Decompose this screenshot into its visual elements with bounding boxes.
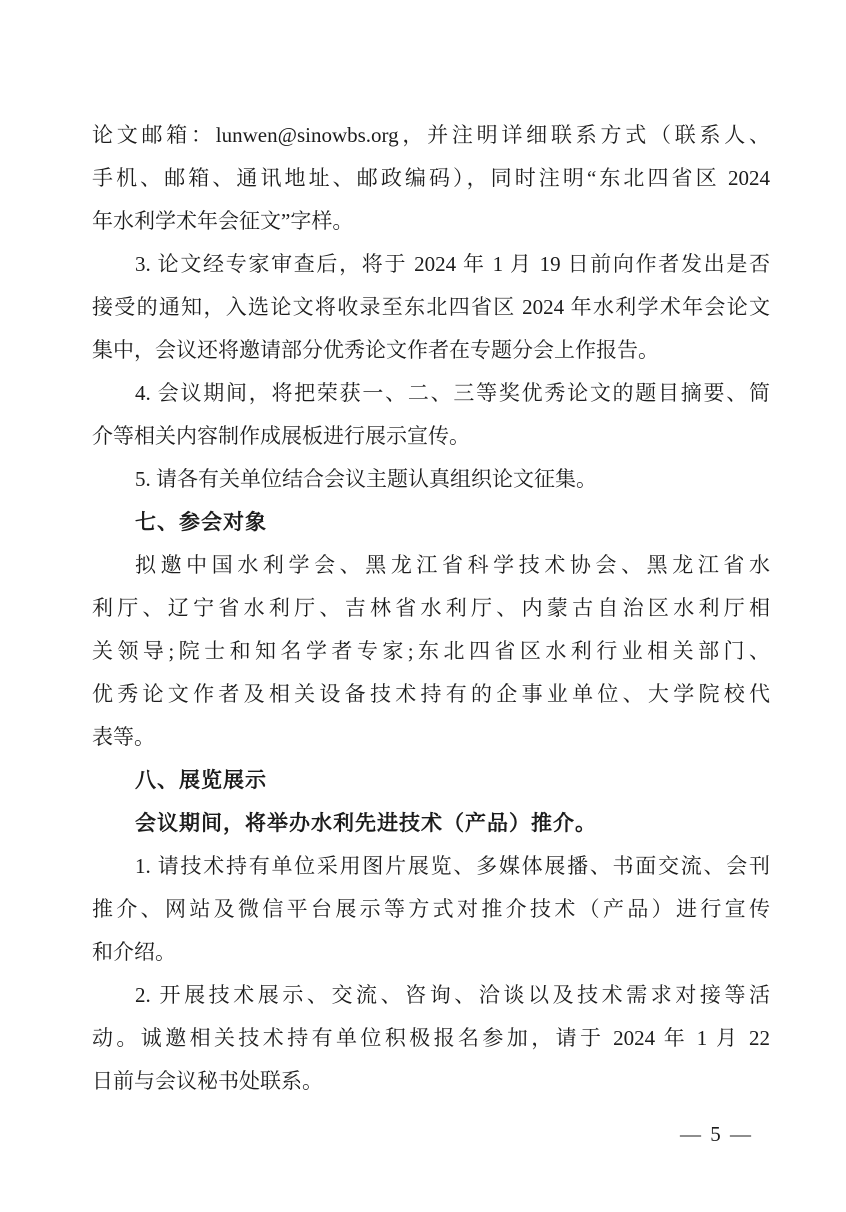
text-line: 动。诚邀相关技术持有单位积极报名参加，请于 2024 年 1 月 22 (92, 1017, 770, 1060)
text-line: 优秀论文作者及相关设备技术持有的企事业单位、大学院校代 (92, 673, 770, 716)
text-line: 2. 开展技术展示、交流、咨询、洽谈以及技术需求对接等活 (92, 974, 770, 1017)
section-heading-line: 八、展览展示 (92, 759, 770, 802)
page-footer: — 5 — (680, 1122, 753, 1146)
text-line: 3. 论文经专家审查后，将于 2024 年 1 月 19 日前向作者发出是否 (92, 243, 770, 286)
text-line: 4. 会议期间，将把荣获一、二、三等奖优秀论文的题目摘要、简 (92, 372, 770, 415)
text-line: 推介、网站及微信平台展示等方式对推介技术（产品）进行宣传 (92, 888, 770, 931)
text-line: 关领导;院士和知名学者专家;东北四省区水利行业相关部门、 (92, 630, 770, 673)
text-line: 1. 请技术持有单位采用图片展览、多媒体展播、书面交流、会刊 (92, 845, 770, 888)
text-line: 年水利学术年会征文”字样。 (92, 200, 770, 243)
text-line: 手机、邮箱、通讯地址、邮政编码），同时注明“东北四省区 2024 (92, 157, 770, 200)
text-line: 和介绍。 (92, 931, 770, 974)
text-line: 5. 请各有关单位结合会议主题认真组织论文征集。 (92, 458, 770, 501)
text-line: 拟邀中国水利学会、黑龙江省科学技术协会、黑龙江省水 (92, 544, 770, 587)
text-line: 论文邮箱：lunwen@sinowbs.org，并注明详细联系方式（联系人、 (92, 114, 770, 157)
text-line: 接受的通知，入选论文将收录至东北四省区 2024 年水利学术年会论文 (92, 286, 770, 329)
text-line: 会议期间，将举办水利先进技术（产品）推介。 (92, 802, 770, 845)
text-line: 表等。 (92, 716, 770, 759)
document-page: 论文邮箱：lunwen@sinowbs.org，并注明详细联系方式（联系人、手机… (0, 0, 846, 1212)
text-line: 利厅、辽宁省水利厅、吉林省水利厅、内蒙古自治区水利厅相 (92, 587, 770, 630)
text-line: 介等相关内容制作成展板进行展示宣传。 (92, 415, 770, 458)
page-number: — 5 — (680, 1122, 753, 1146)
text-line: 集中，会议还将邀请部分优秀论文作者在专题分会上作报告。 (92, 329, 770, 372)
document-body: 论文邮箱：lunwen@sinowbs.org，并注明详细联系方式（联系人、手机… (92, 114, 770, 1103)
section-heading-line: 七、参会对象 (92, 501, 770, 544)
text-line: 日前与会议秘书处联系。 (92, 1060, 770, 1103)
